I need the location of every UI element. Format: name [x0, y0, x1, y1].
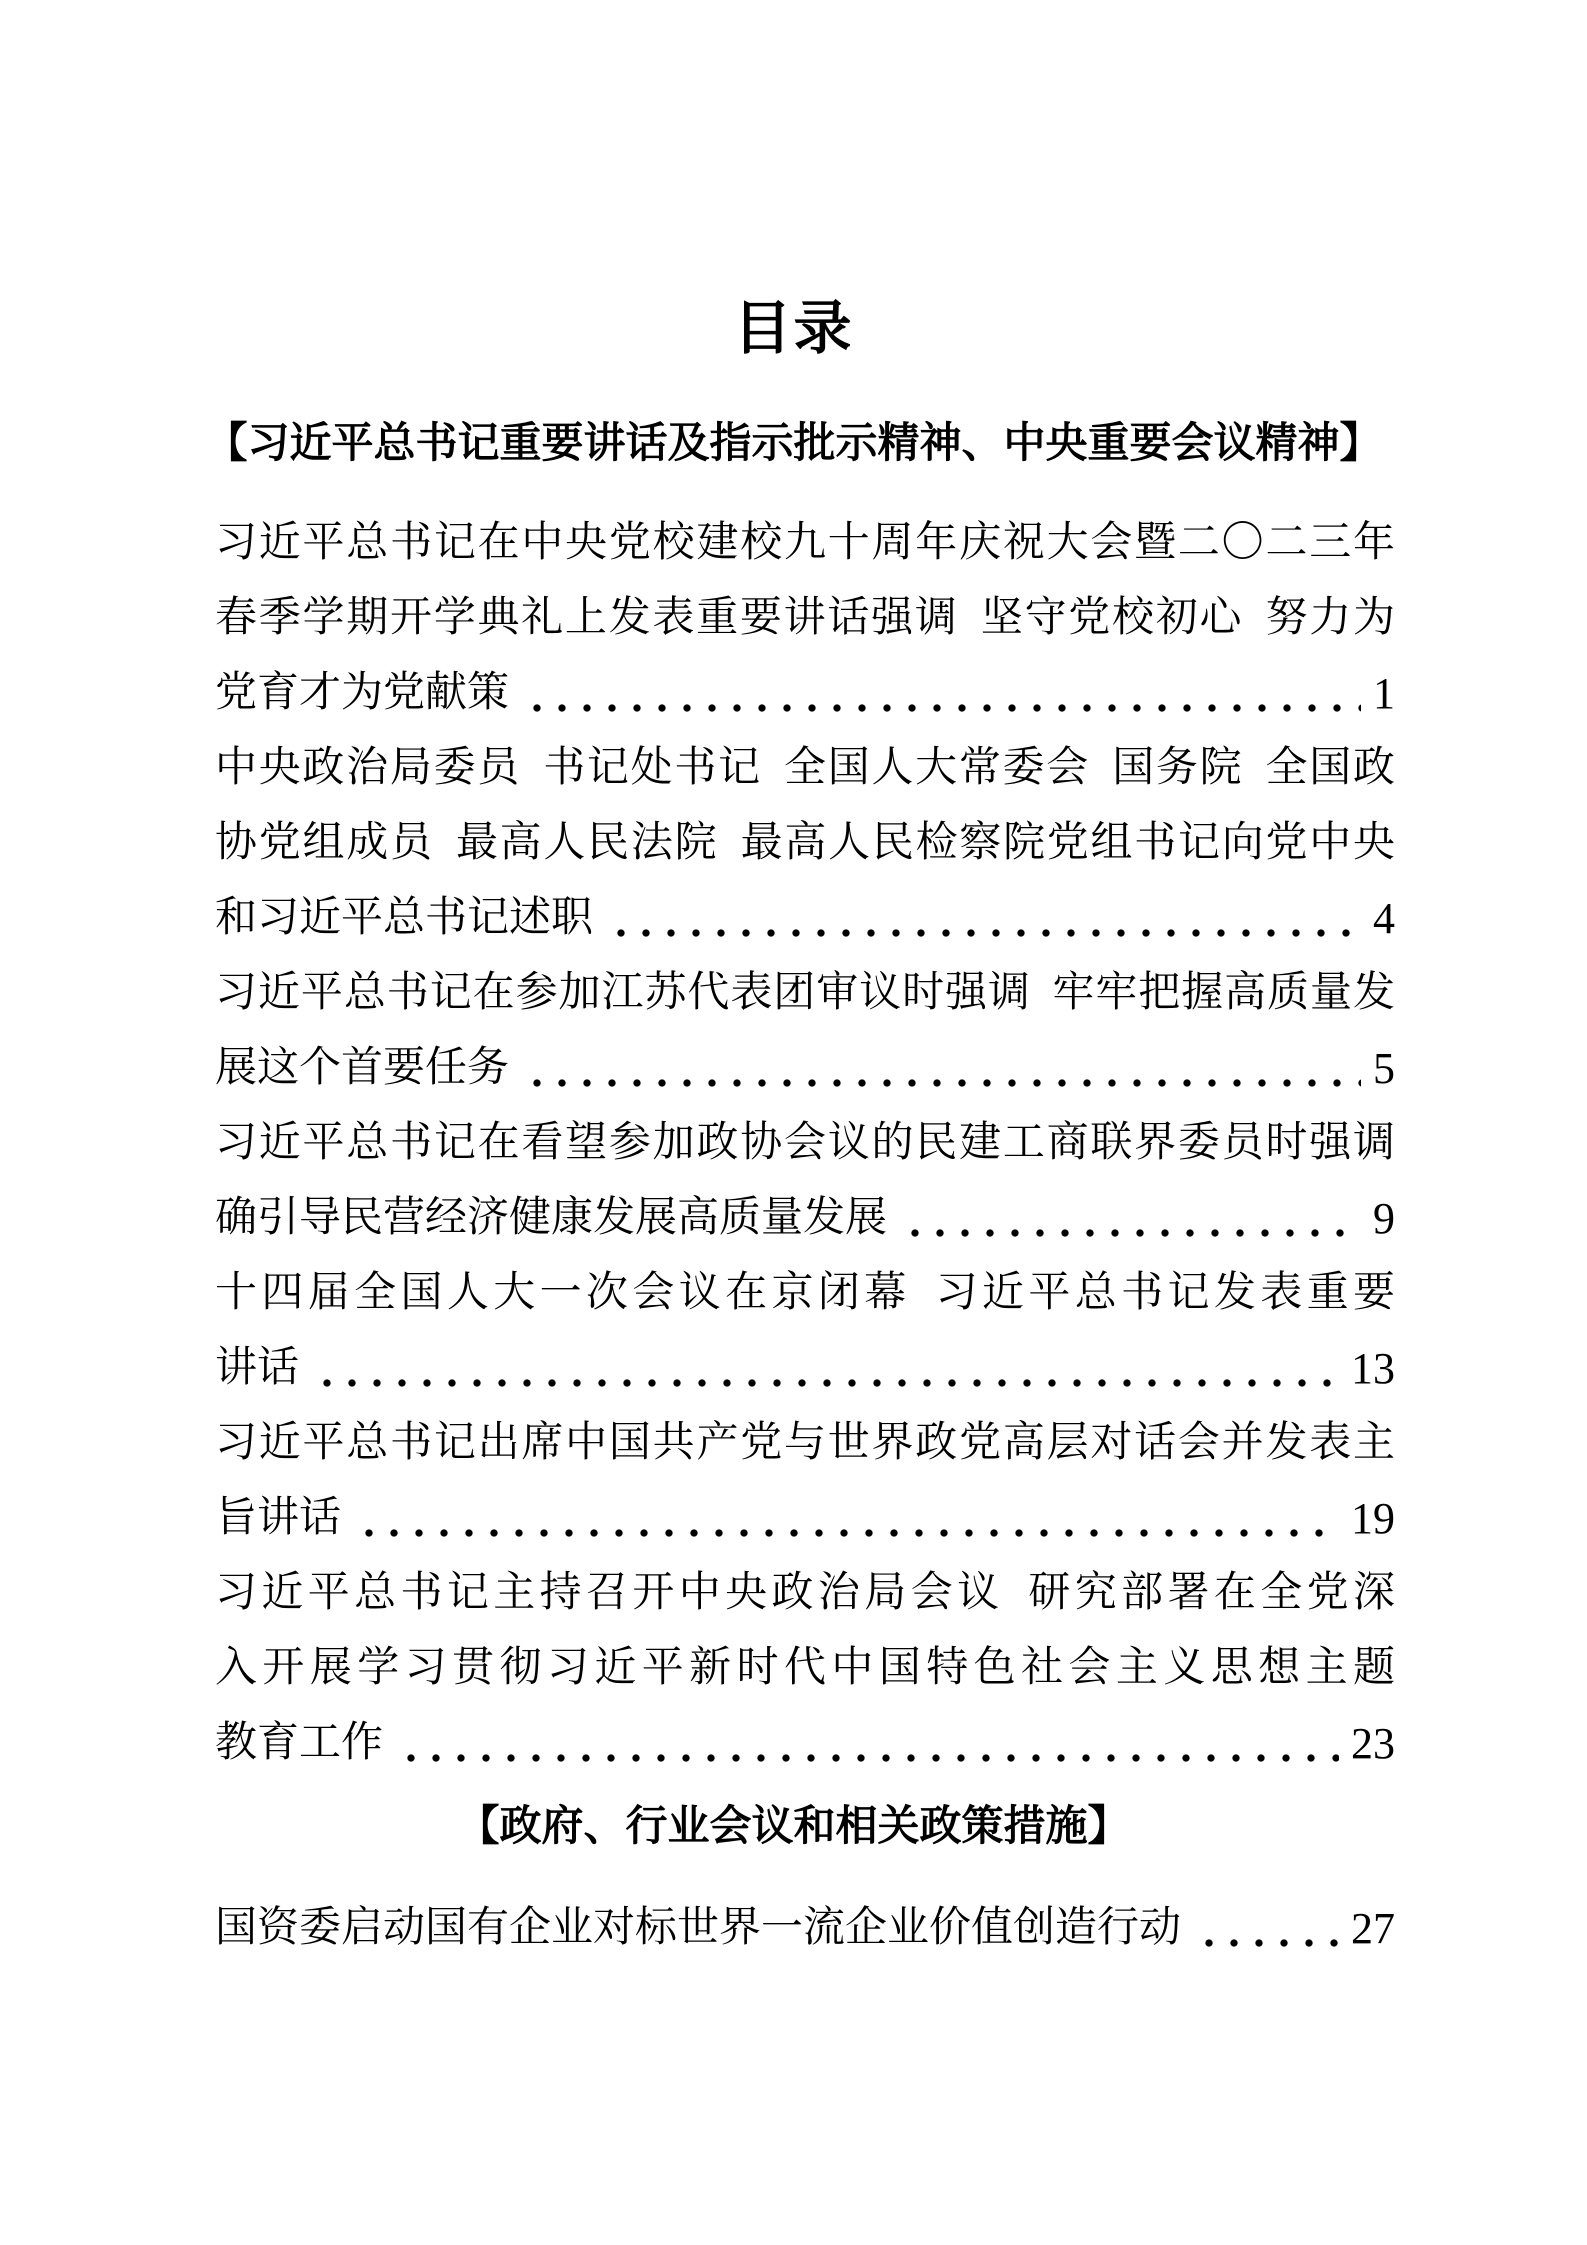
toc-entry-text: 展这个首要任务	[215, 1031, 509, 1106]
page-number: 9	[1373, 1181, 1395, 1256]
toc-entry-line: 春季学期开学典礼上发表重要讲话强调 坚守党校初心 努力为	[215, 581, 1395, 656]
dot-leader	[1197, 1891, 1339, 1966]
toc-entry-line: 习近平总书记在参加江苏代表团审议时强调 牢牢把握高质量发	[215, 956, 1395, 1031]
toc-entry-text: 国资委启动国有企业对标世界一流企业价值创造行动	[215, 1891, 1181, 1966]
toc-list-1: 习近平总书记在中央党校建校九十周年庆祝大会暨二〇二三年 春季学期开学典礼上发表重…	[215, 506, 1395, 1781]
dot-leader	[525, 1031, 1361, 1106]
dot-leader	[903, 1181, 1361, 1256]
toc-entry-text: 党育才为党献策	[215, 656, 509, 731]
toc-list-2: 国资委启动国有企业对标世界一流企业价值创造行动 27	[215, 1891, 1395, 1966]
toc-entry: 国资委启动国有企业对标世界一流企业价值创造行动 27	[215, 1891, 1395, 1966]
toc-entry-line: 习近平总书记在看望参加政协会议的民建工商联界委员时强调 正	[215, 1106, 1395, 1181]
toc-entry: 十四届全国人大一次会议在京闭幕 习近平总书记发表重要 讲话 13	[215, 1256, 1395, 1406]
page-number: 19	[1351, 1481, 1395, 1556]
toc-entry-text: 讲话	[215, 1331, 299, 1406]
toc-entry-line: 习近平总书记主持召开中央政治局会议 研究部署在全党深	[215, 1556, 1395, 1631]
toc-entry-lastline: 国资委启动国有企业对标世界一流企业价值创造行动 27	[215, 1891, 1395, 1966]
toc-entry-lastline: 党育才为党献策 1	[215, 656, 1395, 731]
page-number: 4	[1373, 881, 1395, 956]
page-number: 23	[1351, 1706, 1395, 1781]
toc-entry-lastline: 确引导民营经济健康发展高质量发展 9	[215, 1181, 1395, 1256]
dot-leader	[525, 656, 1361, 731]
toc-entry-text: 教育工作	[215, 1706, 383, 1781]
toc-entry-lastline: 和习近平总书记述职 4	[215, 881, 1395, 956]
page-number: 5	[1373, 1031, 1395, 1106]
toc-page: 目录 【习近平总书记重要讲话及指示批示精神、中央重要会议精神】 习近平总书记在中…	[0, 0, 1587, 2245]
page-number: 27	[1351, 1891, 1395, 1966]
toc-entry-lastline: 讲话 13	[215, 1331, 1395, 1406]
page-number: 13	[1351, 1331, 1395, 1406]
section-header-1: 【习近平总书记重要讲话及指示批示精神、中央重要会议精神】	[0, 420, 1587, 468]
toc-entry: 习近平总书记在中央党校建校九十周年庆祝大会暨二〇二三年 春季学期开学典礼上发表重…	[215, 506, 1395, 731]
page-title: 目录	[0, 294, 1587, 364]
section-header-2: 【政府、行业会议和相关政策措施】	[0, 1803, 1587, 1851]
dot-leader	[315, 1331, 1339, 1406]
toc-entry: 习近平总书记在看望参加政协会议的民建工商联界委员时强调 正 确引导民营经济健康发…	[215, 1106, 1395, 1256]
toc-entry-text: 旨讲话	[215, 1481, 341, 1556]
dot-leader	[399, 1706, 1339, 1781]
toc-entry-lastline: 教育工作 23	[215, 1706, 1395, 1781]
toc-entry-line: 入开展学习贯彻习近平新时代中国特色社会主义思想主题	[215, 1631, 1395, 1706]
toc-entry-line: 中央政治局委员 书记处书记 全国人大常委会 国务院 全国政	[215, 731, 1395, 806]
toc-entry-text: 确引导民营经济健康发展高质量发展	[215, 1181, 887, 1256]
toc-entry: 习近平总书记在参加江苏代表团审议时强调 牢牢把握高质量发 展这个首要任务 5	[215, 956, 1395, 1106]
dot-leader	[609, 881, 1361, 956]
toc-entry-line: 习近平总书记出席中国共产党与世界政党高层对话会并发表主	[215, 1406, 1395, 1481]
toc-entry-lastline: 旨讲话 19	[215, 1481, 1395, 1556]
toc-entry: 中央政治局委员 书记处书记 全国人大常委会 国务院 全国政 协党组成员 最高人民…	[215, 731, 1395, 956]
dot-leader	[357, 1481, 1339, 1556]
toc-entry-lastline: 展这个首要任务 5	[215, 1031, 1395, 1106]
toc-entry-line: 协党组成员 最高人民法院 最高人民检察院党组书记向党中央	[215, 806, 1395, 881]
toc-entry-text: 和习近平总书记述职	[215, 881, 593, 956]
toc-entry: 习近平总书记出席中国共产党与世界政党高层对话会并发表主 旨讲话 19	[215, 1406, 1395, 1556]
toc-entry-line: 十四届全国人大一次会议在京闭幕 习近平总书记发表重要	[215, 1256, 1395, 1331]
toc-entry: 习近平总书记主持召开中央政治局会议 研究部署在全党深 入开展学习贯彻习近平新时代…	[215, 1556, 1395, 1781]
toc-entry-line: 习近平总书记在中央党校建校九十周年庆祝大会暨二〇二三年	[215, 506, 1395, 581]
page-number: 1	[1373, 656, 1395, 731]
